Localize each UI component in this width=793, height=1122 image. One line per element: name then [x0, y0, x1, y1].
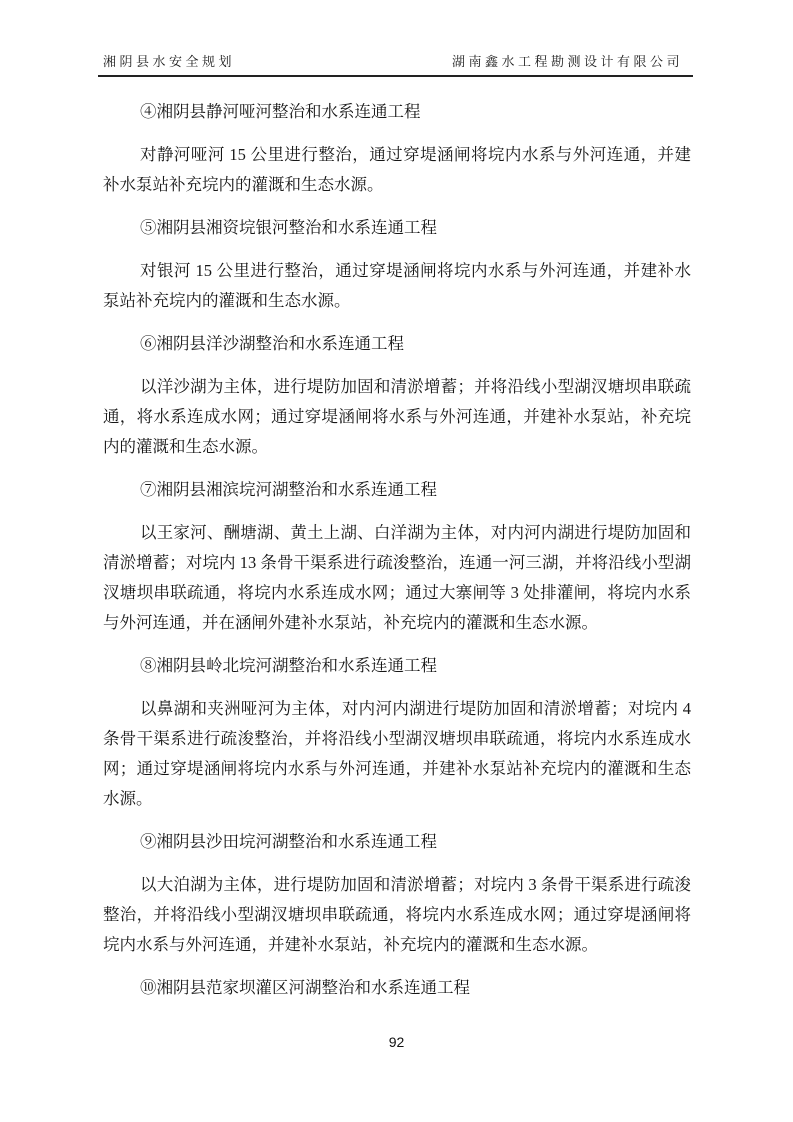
header-document-title: 湘阴县水安全规划: [103, 51, 235, 70]
section-heading-7: ⑦湘阴县湘滨垸河湖整治和水系连通工程: [103, 475, 691, 505]
page-footer: 92: [0, 1034, 793, 1052]
section-paragraph-7: 以王家河、酬塘湖、黄土上湖、白洋湖为主体，对内河内湖进行堤防加固和清淤增蓄；对垸…: [103, 518, 691, 638]
page-header-row: 湘阴县水安全规划 湖南鑫水工程勘测设计有限公司: [98, 51, 693, 70]
section-paragraph-6: 以洋沙湖为主体，进行堤防加固和清淤增蓄；并将沿线小型湖汊塘坝串联疏通，将水系连成…: [103, 372, 691, 462]
section-heading-9: ⑨湘阴县沙田垸河湖整治和水系连通工程: [103, 827, 691, 857]
section-paragraph-9: 以大泊湖为主体，进行堤防加固和清淤增蓄；对垸内 3 条骨干渠系进行疏浚整治，并将…: [103, 870, 691, 960]
section-heading-8: ⑧湘阴县岭北垸河湖整治和水系连通工程: [103, 651, 691, 681]
section-heading-6: ⑥湘阴县洋沙湖整治和水系连通工程: [103, 329, 691, 359]
section-paragraph-5: 对银河 15 公里进行整治，通过穿堤涵闸将垸内水系与外河连通，并建补水泵站补充垸…: [103, 256, 691, 316]
document-page: 湘阴县水安全规划 湖南鑫水工程勘测设计有限公司 ④湘阴县静河哑河整治和水系连通工…: [0, 0, 793, 1122]
page-header: 湘阴县水安全规划 湖南鑫水工程勘测设计有限公司: [98, 51, 693, 77]
section-heading-5: ⑤湘阴县湘资垸银河整治和水系连通工程: [103, 213, 691, 243]
header-company-name: 湖南鑫水工程勘测设计有限公司: [452, 51, 683, 70]
page-number: 92: [389, 1034, 405, 1050]
document-body: ④湘阴县静河哑河整治和水系连通工程 对静河哑河 15 公里进行整治，通过穿堤涵闸…: [103, 97, 691, 1016]
section-paragraph-8: 以鼻湖和夹洲哑河为主体，对内河内湖进行堤防加固和清淤增蓄；对垸内 4 条骨干渠系…: [103, 694, 691, 814]
section-heading-4: ④湘阴县静河哑河整治和水系连通工程: [103, 97, 691, 127]
section-paragraph-4: 对静河哑河 15 公里进行整治，通过穿堤涵闸将垸内水系与外河连通，并建补水泵站补…: [103, 140, 691, 200]
section-heading-10: ⑩湘阴县范家坝灌区河湖整治和水系连通工程: [103, 973, 691, 1003]
